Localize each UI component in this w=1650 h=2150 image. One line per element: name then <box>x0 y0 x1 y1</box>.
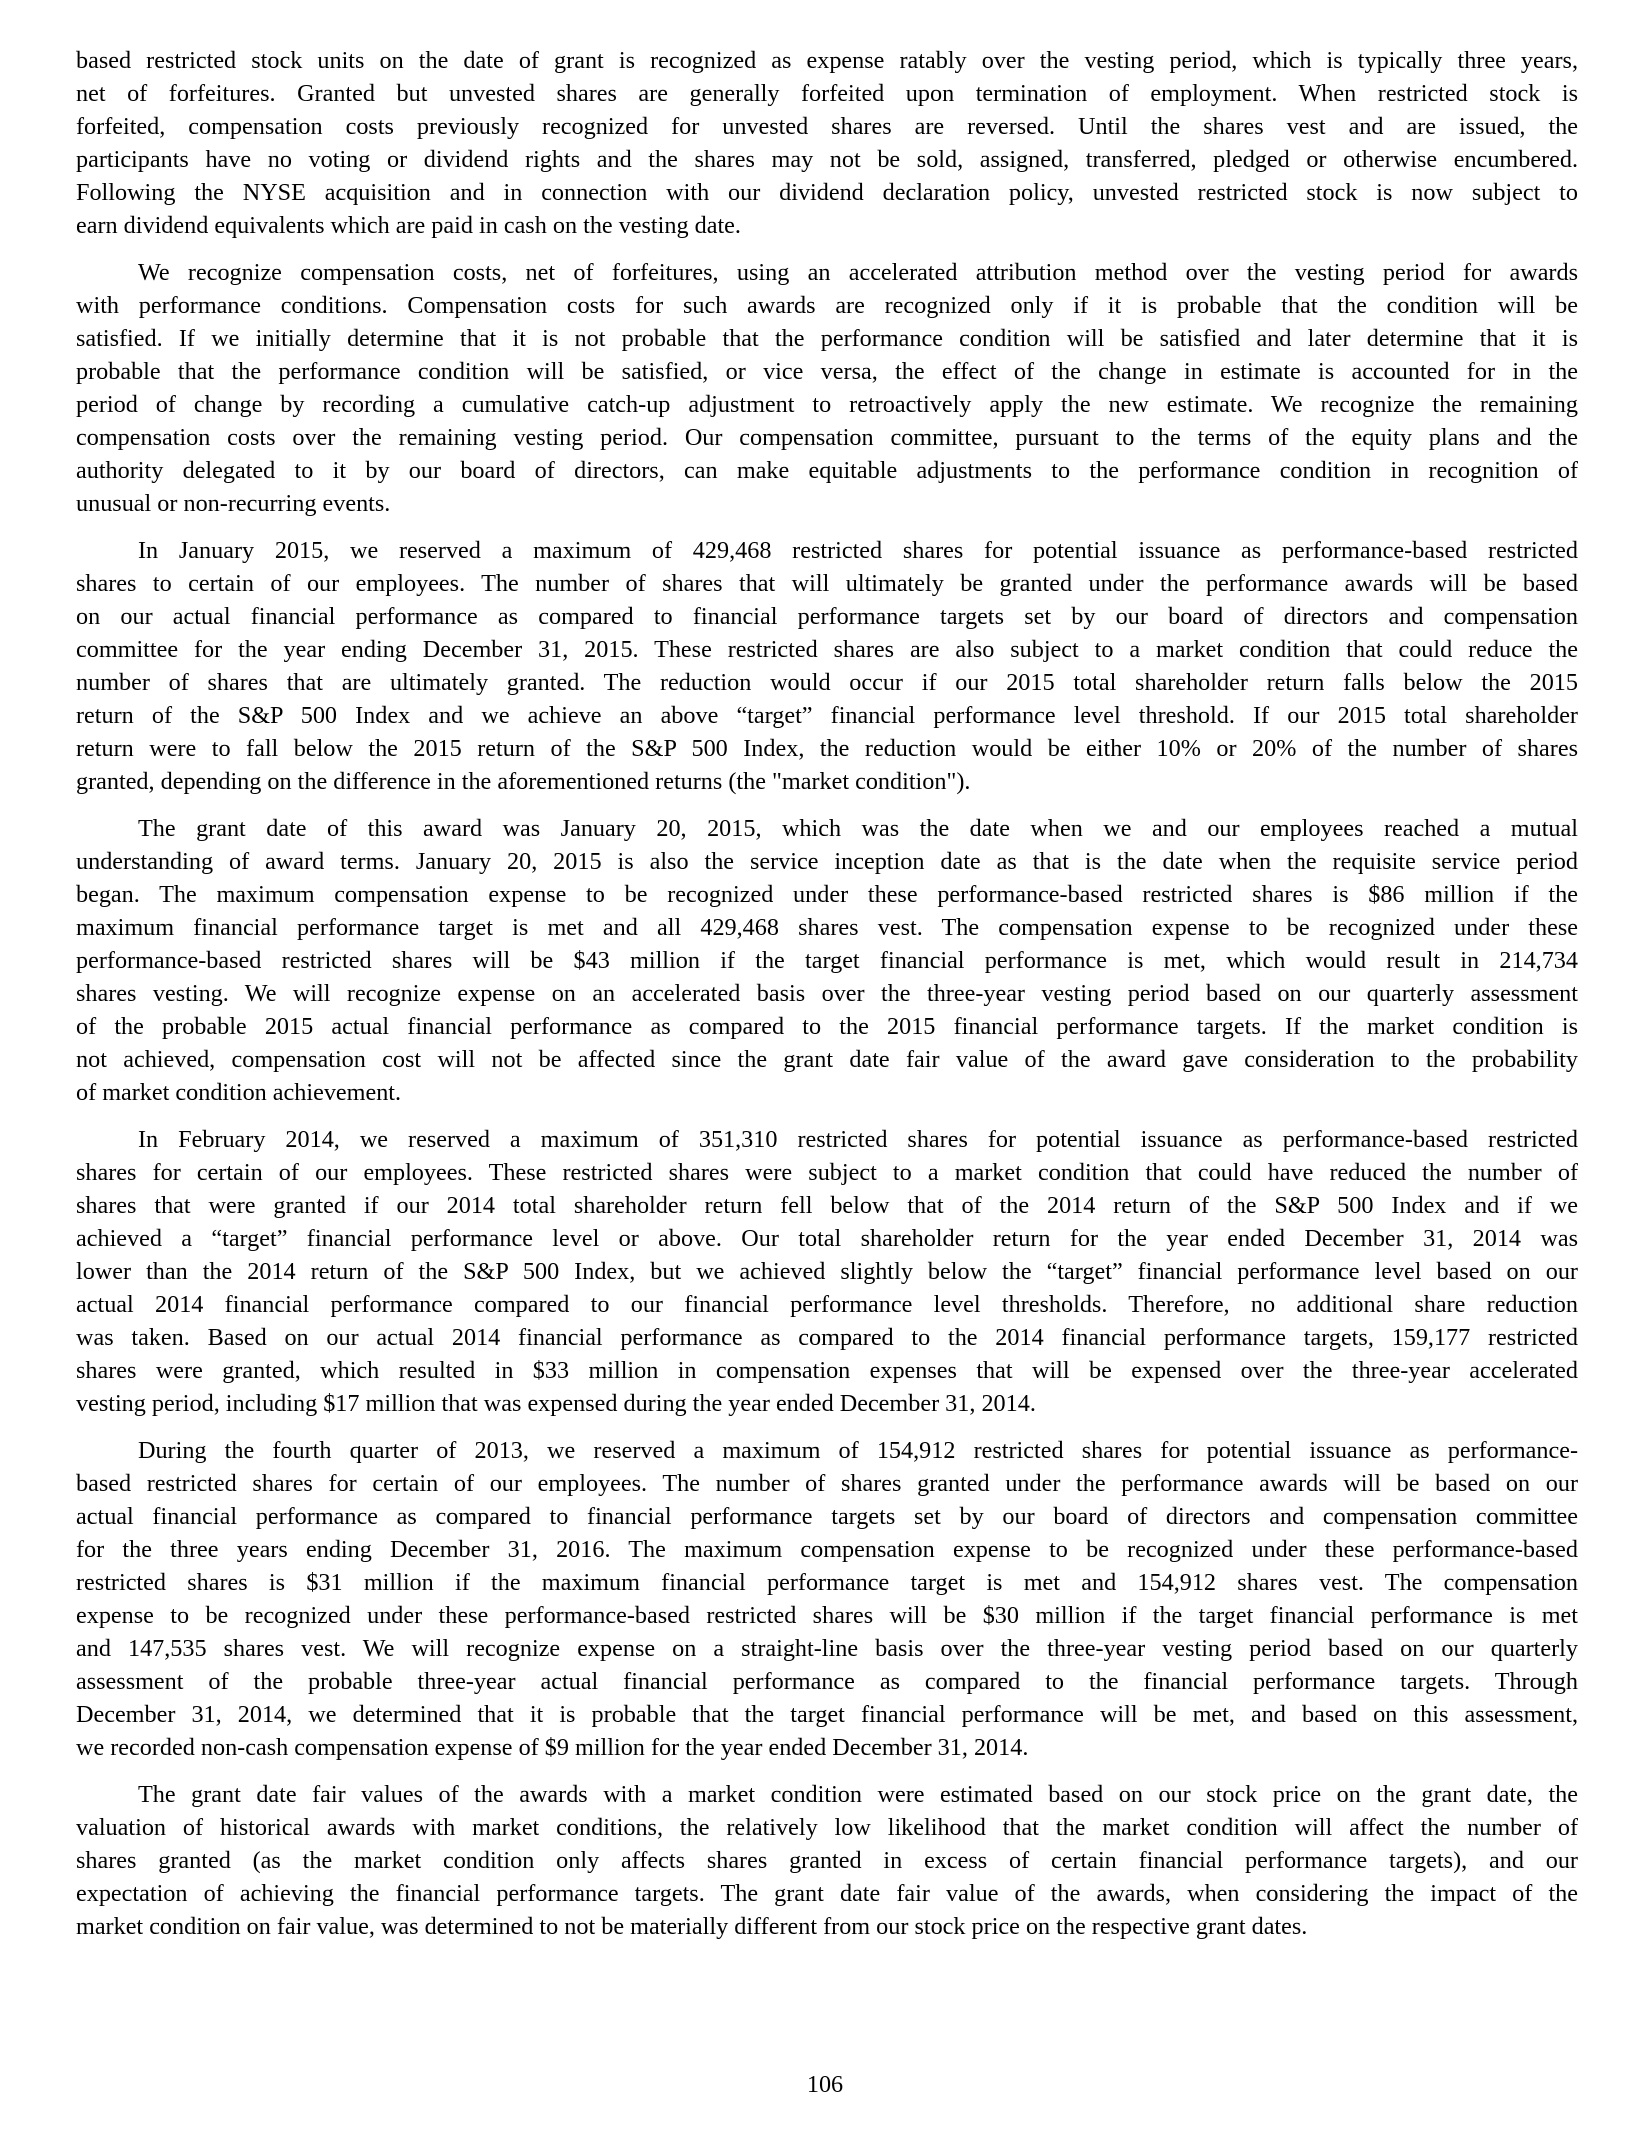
page-number: 106 <box>0 2068 1650 2101</box>
text-line: The grant date fair values of the awards… <box>76 1778 1578 1811</box>
text-line: was taken. Based on our actual 2014 fina… <box>76 1321 1578 1354</box>
text-line: we recorded non-cash compensation expens… <box>76 1731 1578 1764</box>
text-line: with performance conditions. Compensatio… <box>76 289 1578 322</box>
text-line: and 147,535 shares vest. We will recogni… <box>76 1632 1578 1665</box>
paragraph-february-2014-reservation: In February 2014, we reserved a maximum … <box>76 1123 1578 1420</box>
text-line: valuation of historical awards with mark… <box>76 1811 1578 1844</box>
text-line: December 31, 2014, we determined that it… <box>76 1698 1578 1731</box>
text-line: lower than the 2014 return of the S&P 50… <box>76 1255 1578 1288</box>
text-line: shares for certain of our employees. The… <box>76 1156 1578 1189</box>
text-line: granted, depending on the difference in … <box>76 765 1578 798</box>
text-line: return of the S&P 500 Index and we achie… <box>76 699 1578 732</box>
text-line: forfeited, compensation costs previously… <box>76 110 1578 143</box>
text-line: vesting period, including $17 million th… <box>76 1387 1578 1420</box>
text-line: for the three years ending December 31, … <box>76 1533 1578 1566</box>
text-line: shares granted (as the market condition … <box>76 1844 1578 1877</box>
text-line: expense to be recognized under these per… <box>76 1599 1578 1632</box>
paragraph-q4-2013-reservation: During the fourth quarter of 2013, we re… <box>76 1434 1578 1764</box>
text-line: earn dividend equivalents which are paid… <box>76 209 1578 242</box>
text-line: expectation of achieving the financial p… <box>76 1877 1578 1910</box>
text-line: on our actual financial performance as c… <box>76 600 1578 633</box>
text-line: shares to certain of our employees. The … <box>76 567 1578 600</box>
text-line: During the fourth quarter of 2013, we re… <box>76 1434 1578 1467</box>
text-line: maximum financial performance target is … <box>76 911 1578 944</box>
text-line: of the probable 2015 actual financial pe… <box>76 1010 1578 1043</box>
text-line: probable that the performance condition … <box>76 355 1578 388</box>
text-line: number of shares that are ultimately gra… <box>76 666 1578 699</box>
text-line: authority delegated to it by our board o… <box>76 454 1578 487</box>
text-line: based restricted stock units on the date… <box>76 44 1578 77</box>
text-line: In January 2015, we reserved a maximum o… <box>76 534 1578 567</box>
text-line: market condition on fair value, was dete… <box>76 1910 1578 1943</box>
text-line: satisfied. If we initially determine tha… <box>76 322 1578 355</box>
text-line: actual 2014 financial performance compar… <box>76 1288 1578 1321</box>
text-line: achieved a “target” financial performanc… <box>76 1222 1578 1255</box>
text-line: shares were granted, which resulted in $… <box>76 1354 1578 1387</box>
text-line: compensation costs over the remaining ve… <box>76 421 1578 454</box>
text-line: The grant date of this award was January… <box>76 812 1578 845</box>
text-line: restricted shares is $31 million if the … <box>76 1566 1578 1599</box>
paragraph-restricted-stock-units: based restricted stock units on the date… <box>76 44 1578 242</box>
paragraph-grant-date-fair-values: The grant date fair values of the awards… <box>76 1778 1578 1943</box>
text-line: net of forfeitures. Granted but unvested… <box>76 77 1578 110</box>
text-line: We recognize compensation costs, net of … <box>76 256 1578 289</box>
text-line: Following the NYSE acquisition and in co… <box>76 176 1578 209</box>
text-line: committee for the year ending December 3… <box>76 633 1578 666</box>
text-line: of market condition achievement. <box>76 1076 1578 1109</box>
text-line: began. The maximum compensation expense … <box>76 878 1578 911</box>
text-line: participants have no voting or dividend … <box>76 143 1578 176</box>
text-line: In February 2014, we reserved a maximum … <box>76 1123 1578 1156</box>
text-line: shares vesting. We will recognize expens… <box>76 977 1578 1010</box>
text-line: not achieved, compensation cost will not… <box>76 1043 1578 1076</box>
text-line: assessment of the probable three-year ac… <box>76 1665 1578 1698</box>
text-line: based restricted shares for certain of o… <box>76 1467 1578 1500</box>
text-line: performance-based restricted shares will… <box>76 944 1578 977</box>
paragraph-january-2015-reservation: In January 2015, we reserved a maximum o… <box>76 534 1578 798</box>
text-line: understanding of award terms. January 20… <box>76 845 1578 878</box>
text-line: return were to fall below the 2015 retur… <box>76 732 1578 765</box>
paragraph-grant-date-2015: The grant date of this award was January… <box>76 812 1578 1109</box>
text-line: actual financial performance as compared… <box>76 1500 1578 1533</box>
document-page: based restricted stock units on the date… <box>76 44 1578 1957</box>
text-line: period of change by recording a cumulati… <box>76 388 1578 421</box>
paragraph-accelerated-attribution: We recognize compensation costs, net of … <box>76 256 1578 520</box>
text-line: shares that were granted if our 2014 tot… <box>76 1189 1578 1222</box>
text-line: unusual or non-recurring events. <box>76 487 1578 520</box>
